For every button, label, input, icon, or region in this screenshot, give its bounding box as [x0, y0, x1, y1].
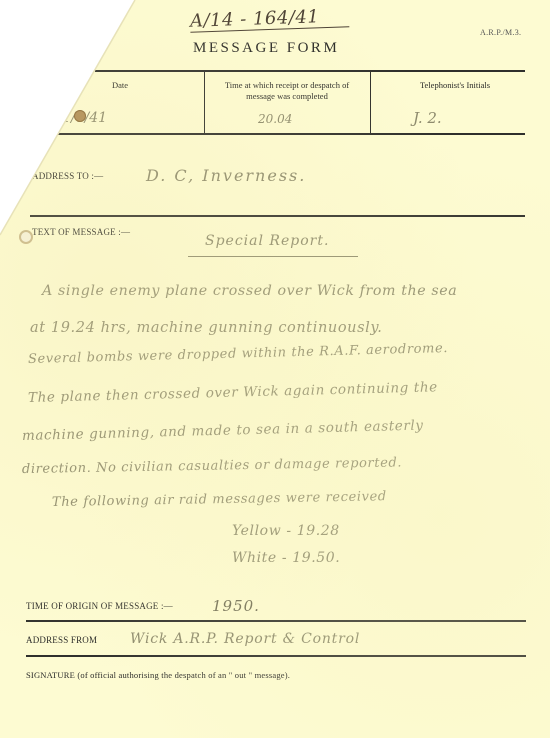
address-to-label: ADDRESS TO :—	[32, 171, 103, 181]
message-line: White - 19.50.	[232, 550, 340, 566]
telephonist-initials-value: J. 2.	[413, 109, 442, 127]
address-from-label: ADDRESS FROM	[26, 635, 97, 645]
message-line: Yellow - 19.28	[232, 523, 340, 539]
time-of-origin-value: 1950.	[212, 597, 260, 615]
time-completed-header: Time at which receipt or despatch of mes…	[212, 80, 362, 102]
address-from-rule	[26, 655, 526, 657]
message-line: direction. No civilian casualties or dam…	[22, 455, 402, 477]
message-heading: Special Report.	[205, 233, 329, 249]
date-header: Date	[100, 80, 140, 91]
address-from-value: Wick A.R.P. Report & Control	[130, 631, 360, 647]
form-code: A.R.P./M.3.	[480, 28, 521, 37]
table-divider-2	[370, 71, 371, 133]
form-title: MESSAGE FORM	[193, 40, 339, 57]
reference-number: A/14 - 164/41	[190, 5, 350, 33]
table-top-rule	[95, 70, 525, 72]
address-to-value: D. C, Inverness.	[146, 166, 306, 185]
table-divider-1	[204, 71, 205, 133]
punch-hole	[19, 230, 33, 244]
signature-label: SIGNATURE (of official authorising the d…	[26, 670, 290, 680]
message-line: The following air raid messages were rec…	[52, 489, 387, 510]
time-completed-value: 20.04	[258, 112, 292, 126]
message-line: machine gunning, and made to sea in a so…	[22, 417, 424, 444]
time-of-origin-label: TIME OF ORIGIN OF MESSAGE :—	[26, 601, 173, 611]
message-line: A single enemy plane crossed over Wick f…	[42, 283, 457, 299]
message-line: Several bombs were dropped within the R.…	[28, 341, 448, 367]
message-line: The plane then crossed over Wick again c…	[28, 379, 438, 406]
text-of-message-label: TEXT OF MESSAGE :—	[32, 227, 130, 237]
message-line: at 19.24 hrs, machine gunning continuous…	[30, 320, 382, 336]
message-form-paper: A/14 - 164/41 MESSAGE FORM A.R.P./M.3. D…	[0, 0, 550, 738]
table-bottom-rule	[58, 133, 525, 135]
staple	[74, 110, 86, 122]
address-to-rule	[30, 215, 525, 217]
time-of-origin-rule	[26, 620, 526, 622]
message-heading-underline	[188, 256, 358, 257]
telephonist-initials-header: Telephonist's Initials	[395, 80, 515, 91]
